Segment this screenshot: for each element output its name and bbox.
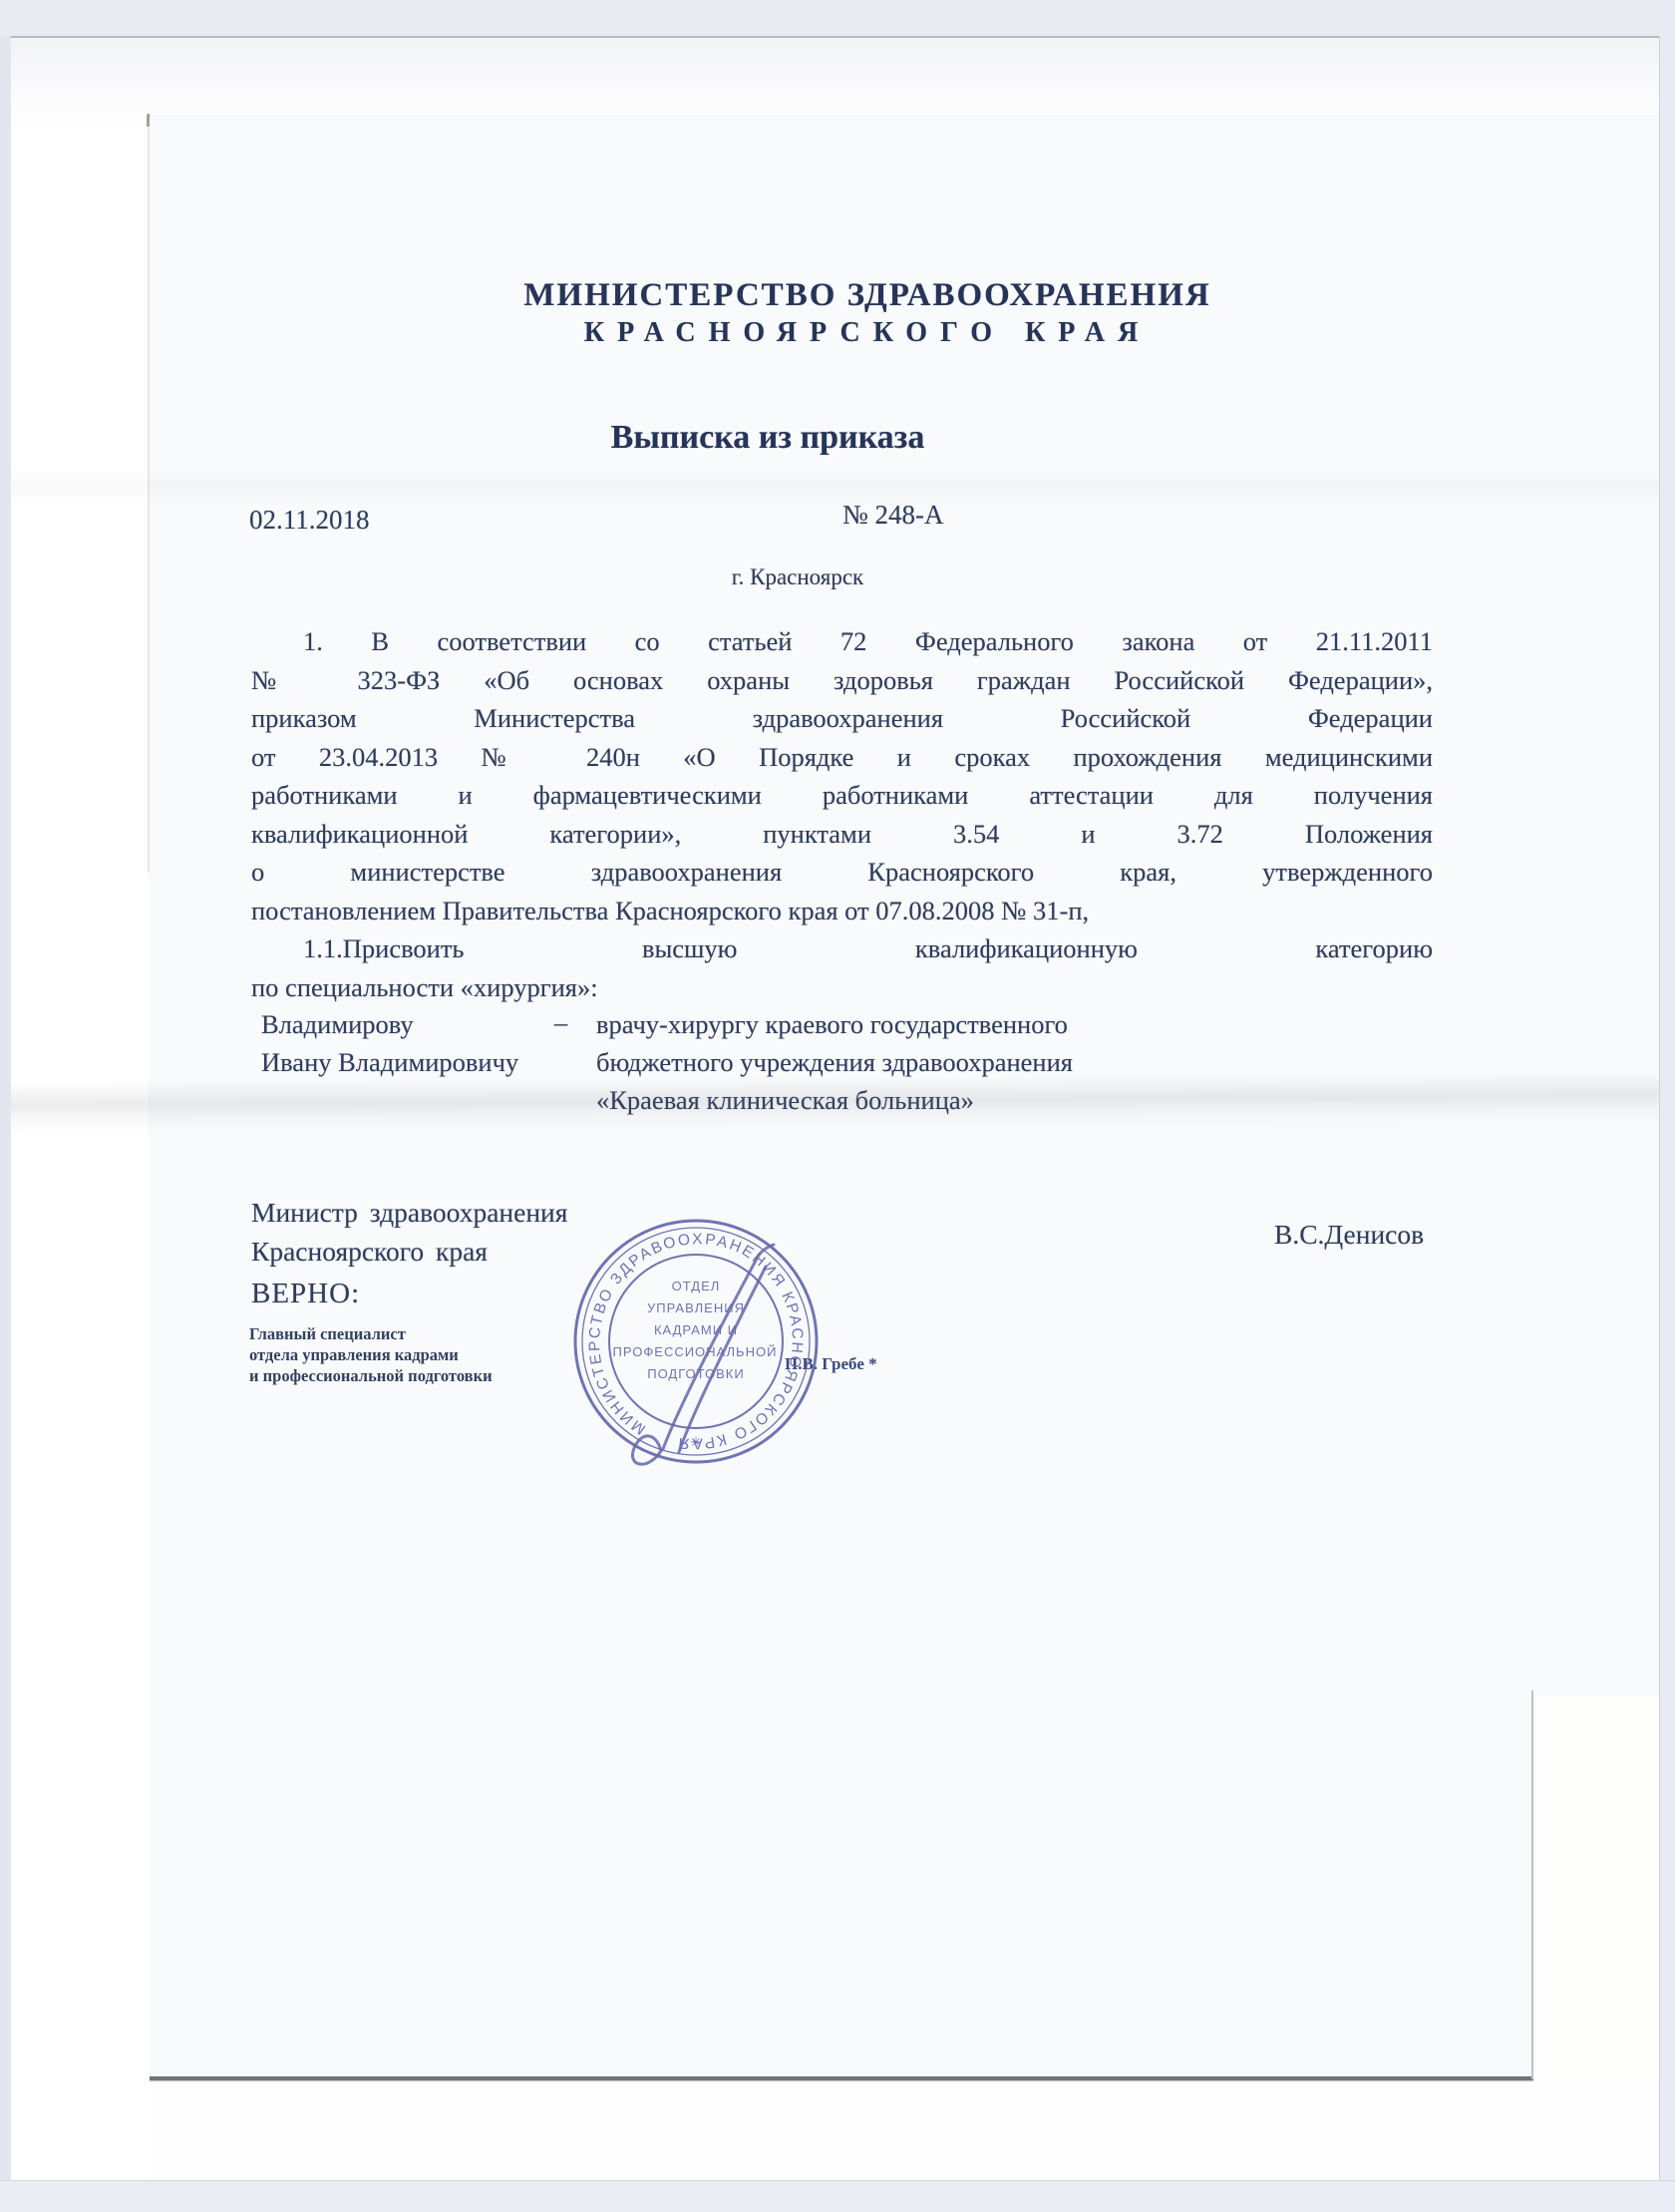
stamp-star-icon: ✳ xyxy=(690,1436,702,1451)
body-paragraph: 1. В соответствии со статьей 72 Федераль… xyxy=(251,622,1433,1006)
recipient-name-line2: Ивану Владимировичу xyxy=(261,1047,518,1078)
body-line: приказом Министерства здравоохранения Ро… xyxy=(251,699,1433,738)
scanned-document-page: МИНИСТЕРСТВО ЗДРАВООХРАНЕНИЯ КРАСНОЯРСКО… xyxy=(0,0,1675,2212)
specialist-title-line1: Главный специалист xyxy=(249,1324,406,1345)
scan-border-top xyxy=(0,0,1675,38)
paper-crease-top xyxy=(11,469,1659,505)
body-line: 1. В соответствии со статьей 72 Федераль… xyxy=(251,622,1433,661)
scan-border-right xyxy=(1659,36,1675,2212)
body-line: о министерстве здравоохранения Красноярс… xyxy=(251,853,1433,892)
recipient-desc-line2: бюджетного учреждения здравоохранения xyxy=(596,1047,1073,1078)
body-line: работниками и фармацевтическими работник… xyxy=(251,776,1433,815)
document-title: Выписка из приказа xyxy=(379,419,1157,457)
ministry-header-line1: МИНИСТЕРСТВО ЗДРАВООХРАНЕНИЯ xyxy=(419,277,1316,314)
document-date: 02.11.2018 xyxy=(249,505,370,536)
paper-edge-mark xyxy=(147,114,150,127)
document-city: г. Красноярск xyxy=(648,564,947,590)
specialist-title-line3: и профессиональной подготовки xyxy=(249,1366,493,1387)
paper-right-edge xyxy=(1531,1690,1533,2079)
minister-title-line1: Министр здравоохранения xyxy=(251,1197,567,1229)
stamp-middle-ring xyxy=(582,1228,810,1455)
scan-border-bottom xyxy=(0,2180,1675,2212)
specialist-title-line2: отдела управления кадрами xyxy=(249,1345,459,1366)
recipient-desc-line1: врачу-хирургу краевого государственного xyxy=(596,1009,1068,1040)
paper-bottom-edge xyxy=(150,2076,1533,2080)
ministry-round-stamp: МИНИСТЕРСТВО ЗДРАВООХРАНЕНИЯ КРАСНОЯРСКО… xyxy=(561,1207,831,1476)
recipient-name-line1: Владимирову xyxy=(261,1009,414,1040)
paper-fold-crease xyxy=(11,1072,1659,1134)
document-number: № 248-А xyxy=(842,500,944,531)
stamp-graphic: МИНИСТЕРСТВО ЗДРАВООХРАНЕНИЯ КРАСНОЯРСКО… xyxy=(561,1207,831,1476)
stamp-center-line: КАДРАМИ И xyxy=(654,1322,738,1337)
stamp-outer-ring xyxy=(575,1221,817,1462)
ministry-header-line2: КРАСНОЯРСКОГО КРАЯ xyxy=(419,317,1316,349)
stamp-center-line: ОТДЕЛ xyxy=(672,1279,721,1293)
minister-title-line2: Красноярского края xyxy=(251,1236,488,1268)
stamp-center-line: ПРОФЕССИОНАЛЬНОЙ xyxy=(613,1344,778,1359)
body-line: № 323-ФЗ «Об основах охраны здоровья гра… xyxy=(251,661,1433,700)
scan-border-left xyxy=(0,36,11,2212)
body-line: постановлением Правительства Красноярско… xyxy=(251,892,1433,930)
minister-name: В.С.Денисов xyxy=(1274,1219,1424,1251)
body-line: от 23.04.2013 № 240н «О Порядке и сроках… xyxy=(251,738,1433,777)
certified-label: ВЕРНО: xyxy=(251,1278,360,1310)
body-line: по специальности «хирургия»: xyxy=(251,968,1433,1007)
body-line: 1.1.Присвоить высшую квалификационную ка… xyxy=(251,929,1433,968)
recipient-dash: – xyxy=(554,1007,567,1038)
body-line: квалификационной категории», пунктами 3.… xyxy=(251,815,1433,854)
stamp-ring-text: МИНИСТЕРСТВО ЗДРАВООХРАНЕНИЯ КРАСНОЯРСКО… xyxy=(586,1231,806,1452)
